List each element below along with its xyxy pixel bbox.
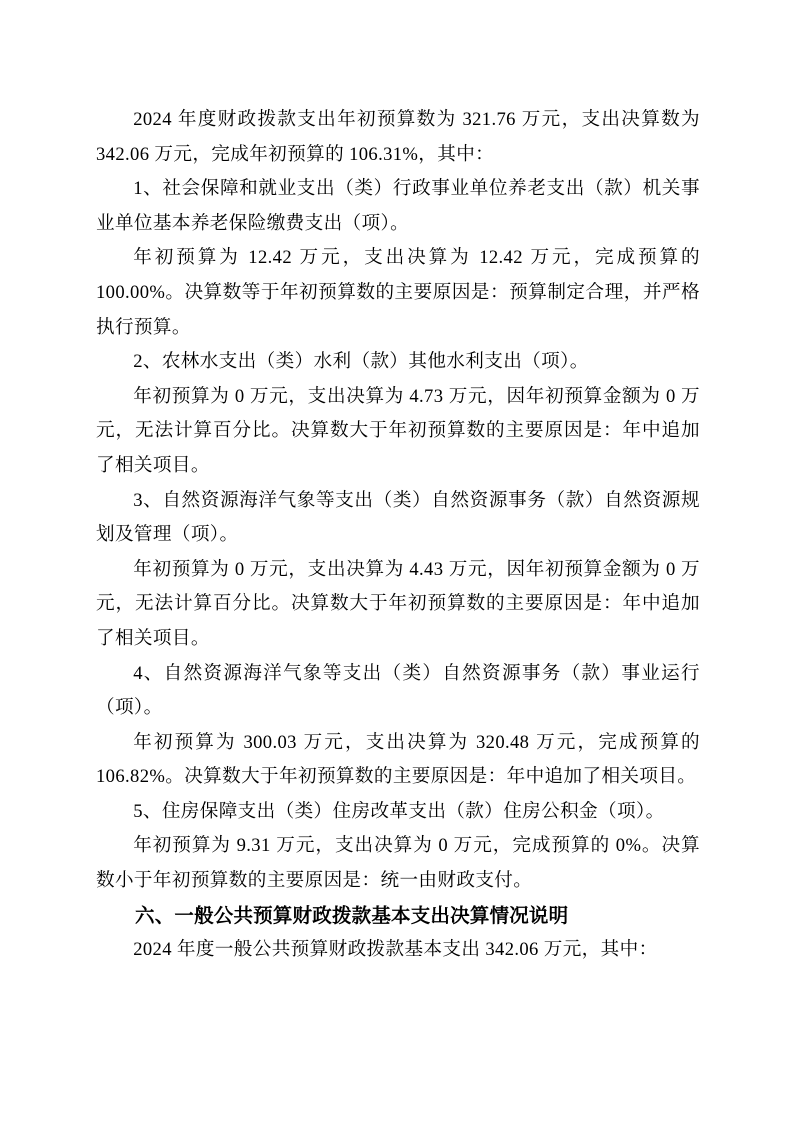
paragraph-fiscal-expenditure-summary: 2024 年度财政拨款支出年初预算数为 321.76 万元，支出决算数为 342… xyxy=(96,103,700,172)
paragraph-item-3-title: 3、自然资源海洋气象等支出（类）自然资源事务（款）自然资源规划及管理（项）。 xyxy=(96,484,700,553)
section-heading-six: 六、一般公共预算财政拨款基本支出决算情况说明 xyxy=(96,899,700,934)
paragraph-item-1-detail: 年初预算为 12.42 万元，支出决算为 12.42 万元，完成预算的 100.… xyxy=(96,241,700,345)
paragraph-basic-expenditure-summary: 2024 年度一般公共预算财政拨款基本支出 342.06 万元，其中： xyxy=(96,933,700,968)
paragraph-item-4-title: 4、自然资源海洋气象等支出（类）自然资源事务（款）事业运行（项）。 xyxy=(96,657,700,726)
paragraph-item-5-detail: 年初预算为 9.31 万元，支出决算为 0 万元，完成预算的 0%。决算数小于年… xyxy=(96,829,700,898)
paragraph-item-2-title: 2、农林水支出（类）水利（款）其他水利支出（项）。 xyxy=(96,345,700,380)
paragraph-item-5-title: 5、住房保障支出（类）住房改革支出（款）住房公积金（项）。 xyxy=(96,795,700,830)
paragraph-item-3-detail: 年初预算为 0 万元，支出决算为 4.43 万元，因年初预算金额为 0 万元，无… xyxy=(96,553,700,657)
paragraph-item-4-detail: 年初预算为 300.03 万元，支出决算为 320.48 万元，完成预算的 10… xyxy=(96,726,700,795)
document-body: 2024 年度财政拨款支出年初预算数为 321.76 万元，支出决算数为 342… xyxy=(96,103,700,968)
paragraph-item-1-title: 1、社会保障和就业支出（类）行政事业单位养老支出（款）机关事业单位基本养老保险缴… xyxy=(96,172,700,241)
paragraph-item-2-detail: 年初预算为 0 万元，支出决算为 4.73 万元，因年初预算金额为 0 万元，无… xyxy=(96,380,700,484)
document-page: 2024 年度财政拨款支出年初预算数为 321.76 万元，支出决算数为 342… xyxy=(0,0,793,1122)
